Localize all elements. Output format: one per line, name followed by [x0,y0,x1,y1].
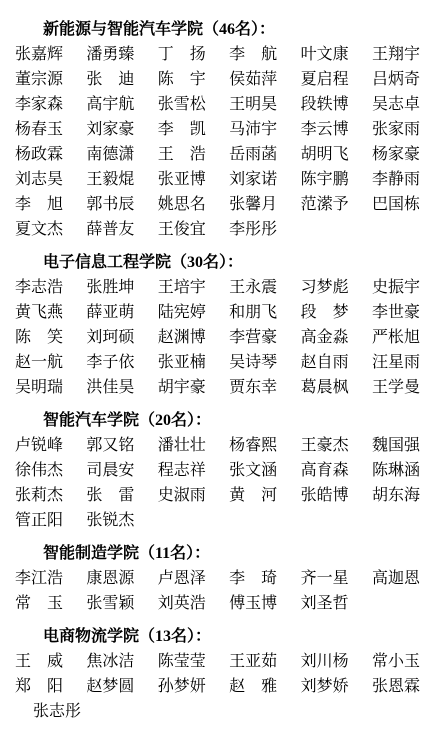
student-name: 严枨旭 [372,325,434,350]
student-name: 洪佳昊 [86,375,157,400]
student-name: 高金淼 [301,325,372,350]
student-name: 王培宇 [158,275,229,300]
name-row: 杨政霖南德潇王 浩岳雨菡胡明飞杨家豪 [0,142,434,167]
student-name: 吴明瑞 [15,375,86,400]
student-name: 黄 河 [229,483,300,508]
student-name: 张锐杰 [86,508,157,533]
student-name: 陈 笑 [15,325,86,350]
student-name: 张亚博 [158,167,229,192]
student-name: 刘圣哲 [301,591,372,616]
student-name: 和朋飞 [229,300,300,325]
name-row: 郑 阳赵梦圆孙梦妍赵 雅刘梦娇张恩霖 [0,674,434,699]
student-name: 姚思名 [158,192,229,217]
student-name: 段轶博 [301,92,372,117]
student-name: 张馨月 [229,192,300,217]
student-name: 吴诗琴 [229,350,300,375]
student-name: 高育森 [301,458,372,483]
student-name: 张 迪 [86,67,157,92]
student-name: 李静雨 [372,167,434,192]
student-name: 史振宇 [372,275,434,300]
name-row: 董宗源张 迪陈 宇侯茹萍夏启程吕炳奇 [0,67,434,92]
student-name: 齐一星 [301,566,372,591]
student-name: 杨政霖 [15,142,86,167]
student-name: 陈莹莹 [158,649,229,674]
student-name: 张 雷 [86,483,157,508]
student-name: 李营豪 [229,325,300,350]
name-row: 李 旭郭书辰姚思名张馨月范潆予巴国栋 [0,192,434,217]
student-name: 张志彤 [33,699,104,724]
student-name: 南德潇 [86,142,157,167]
student-name: 杨睿熙 [229,433,300,458]
student-name: 郭又铭 [86,433,157,458]
section-3: 智能制造学院（11名）：李江浩康恩源卢恩泽李 琦齐一星高迦恩常 玉张雪颖刘英浩傅… [0,541,434,616]
student-name: 王明昊 [229,92,300,117]
student-name: 赵自雨 [301,350,372,375]
name-row: 李志浩张胜坤王培宇王永震习梦彪史振宇 [0,275,434,300]
student-name: 杨家豪 [372,142,434,167]
student-name: 焦冰洁 [86,649,157,674]
student-name: 张恩霖 [372,674,434,699]
student-name: 郑 阳 [15,674,86,699]
student-name: 王 威 [15,649,86,674]
student-name: 杨春玉 [15,117,86,142]
student-name: 常小玉 [372,649,434,674]
student-name: 王毅焜 [86,167,157,192]
name-row: 张志彤 [0,699,434,724]
student-name: 王学曼 [372,375,434,400]
student-name: 李 凯 [158,117,229,142]
student-name: 赵 雅 [229,674,300,699]
student-name: 王俊宜 [158,217,229,242]
section-title: 智能制造学院（11名）： [0,541,434,566]
student-name: 贾东幸 [229,375,300,400]
section-4: 电商物流学院（13名）：王 威焦冰洁陈莹莹王亚茹刘川杨常小玉郑 阳赵梦圆孙梦妍赵… [0,624,434,724]
student-name: 侯茹萍 [229,67,300,92]
student-name: 赵一航 [15,350,86,375]
student-name: 李彤彤 [229,217,300,242]
student-name: 李 旭 [15,192,86,217]
student-name: 刘川杨 [301,649,372,674]
student-name: 张嘉辉 [15,42,86,67]
student-name: 陈 宇 [158,67,229,92]
student-name: 常 玉 [15,591,86,616]
student-name: 胡宇豪 [158,375,229,400]
student-name: 卢锐峰 [15,433,86,458]
student-name: 潘勇臻 [86,42,157,67]
student-name: 胡东海 [372,483,434,508]
student-name: 马沛宇 [229,117,300,142]
student-name: 程志祥 [158,458,229,483]
student-name: 郭书辰 [86,192,157,217]
student-name: 李 航 [229,42,300,67]
student-name: 王永震 [229,275,300,300]
student-name: 刘珂硕 [86,325,157,350]
student-name: 陈宇鹏 [301,167,372,192]
student-name: 陆宪婷 [158,300,229,325]
name-row: 杨春玉刘家豪李 凯马沛宇李云博张家雨 [0,117,434,142]
student-name: 李子依 [86,350,157,375]
student-name: 潘壮壮 [158,433,229,458]
name-row: 李江浩康恩源卢恩泽李 琦齐一星高迦恩 [0,566,434,591]
name-row: 王 威焦冰洁陈莹莹王亚茹刘川杨常小玉 [0,649,434,674]
section-title: 电子信息工程学院（30名）： [0,250,434,275]
student-name: 刘英浩 [158,591,229,616]
student-name: 吕炳奇 [372,67,434,92]
student-name: 王 浩 [158,142,229,167]
student-name: 刘家诺 [229,167,300,192]
student-name: 汪星雨 [372,350,434,375]
student-name: 夏文杰 [15,217,86,242]
name-row: 卢锐峰郭又铭潘壮壮杨睿熙王豪杰魏国强 [0,433,434,458]
student-name: 张家雨 [372,117,434,142]
student-name: 李云博 [301,117,372,142]
student-name: 段 梦 [301,300,372,325]
student-name: 陈琳涵 [372,458,434,483]
student-name: 张莉杰 [15,483,86,508]
section-title: 电商物流学院（13名）： [0,624,434,649]
student-name: 范潆予 [301,192,372,217]
student-name: 卢恩泽 [158,566,229,591]
student-name: 薛亚萌 [86,300,157,325]
student-name: 赵梦圆 [86,674,157,699]
name-row: 徐伟杰司晨安程志祥张文涵高育森陈琳涵 [0,458,434,483]
name-row: 赵一航李子依张亚楠吴诗琴赵自雨汪星雨 [0,350,434,375]
student-name: 李世豪 [372,300,434,325]
student-name: 孙梦妍 [158,674,229,699]
name-row: 吴明瑞洪佳昊胡宇豪贾东幸葛晨枫王学曼 [0,375,434,400]
student-name: 岳雨菡 [229,142,300,167]
student-name: 张胜坤 [86,275,157,300]
student-name: 康恩源 [86,566,157,591]
student-name: 管正阳 [15,508,86,533]
student-name: 胡明飞 [301,142,372,167]
student-name: 丁 扬 [158,42,229,67]
student-name: 司晨安 [86,458,157,483]
student-name: 夏启程 [301,67,372,92]
student-name: 李江浩 [15,566,86,591]
student-name: 高宇航 [86,92,157,117]
name-row: 夏文杰薛普友王俊宜李彤彤 [0,217,434,242]
student-name: 高迦恩 [372,566,434,591]
student-name: 史淑雨 [158,483,229,508]
student-name: 王豪杰 [301,433,372,458]
name-row: 张嘉辉潘勇臻丁 扬李 航叶文康王翔宇 [0,42,434,67]
student-name: 张亚楠 [158,350,229,375]
name-row: 管正阳张锐杰 [0,508,434,533]
student-name: 刘家豪 [86,117,157,142]
student-name: 吴志卓 [372,92,434,117]
student-name: 张雪松 [158,92,229,117]
student-name: 习梦彪 [301,275,372,300]
student-name: 张雪颖 [86,591,157,616]
name-row: 张莉杰张 雷史淑雨黄 河张皓博胡东海 [0,483,434,508]
student-name: 葛晨枫 [301,375,372,400]
name-row: 陈 笑刘珂硕赵渊博李营豪高金淼严枨旭 [0,325,434,350]
section-title: 智能汽车学院（20名）： [0,408,434,433]
student-name: 李志浩 [15,275,86,300]
name-row: 常 玉张雪颖刘英浩傅玉博刘圣哲 [0,591,434,616]
document-page: 新能源与智能汽车学院（46名）：张嘉辉潘勇臻丁 扬李 航叶文康王翔宇董宗源张 迪… [0,0,434,724]
section-0: 新能源与智能汽车学院（46名）：张嘉辉潘勇臻丁 扬李 航叶文康王翔宇董宗源张 迪… [0,17,434,242]
student-name: 王翔宇 [372,42,434,67]
name-row: 李家森高宇航张雪松王明昊段轶博吴志卓 [0,92,434,117]
section-1: 电子信息工程学院（30名）：李志浩张胜坤王培宇王永震习梦彪史振宇黄飞燕薛亚萌陆宪… [0,250,434,400]
student-name: 王亚茹 [229,649,300,674]
student-name: 黄飞燕 [15,300,86,325]
section-title: 新能源与智能汽车学院（46名）： [0,17,434,42]
student-name: 张文涵 [229,458,300,483]
student-name: 刘志昊 [15,167,86,192]
section-2: 智能汽车学院（20名）：卢锐峰郭又铭潘壮壮杨睿熙王豪杰魏国强徐伟杰司晨安程志祥张… [0,408,434,533]
student-name: 李 琦 [229,566,300,591]
student-name: 傅玉博 [229,591,300,616]
student-name: 巴国栋 [372,192,434,217]
student-name: 魏国强 [372,433,434,458]
student-name: 李家森 [15,92,86,117]
student-name: 徐伟杰 [15,458,86,483]
student-name: 薛普友 [86,217,157,242]
student-name: 赵渊博 [158,325,229,350]
student-name: 刘梦娇 [301,674,372,699]
student-name: 张皓博 [301,483,372,508]
student-name: 董宗源 [15,67,86,92]
name-row: 刘志昊王毅焜张亚博刘家诺陈宇鹏李静雨 [0,167,434,192]
student-name: 叶文康 [301,42,372,67]
name-row: 黄飞燕薛亚萌陆宪婷和朋飞段 梦李世豪 [0,300,434,325]
